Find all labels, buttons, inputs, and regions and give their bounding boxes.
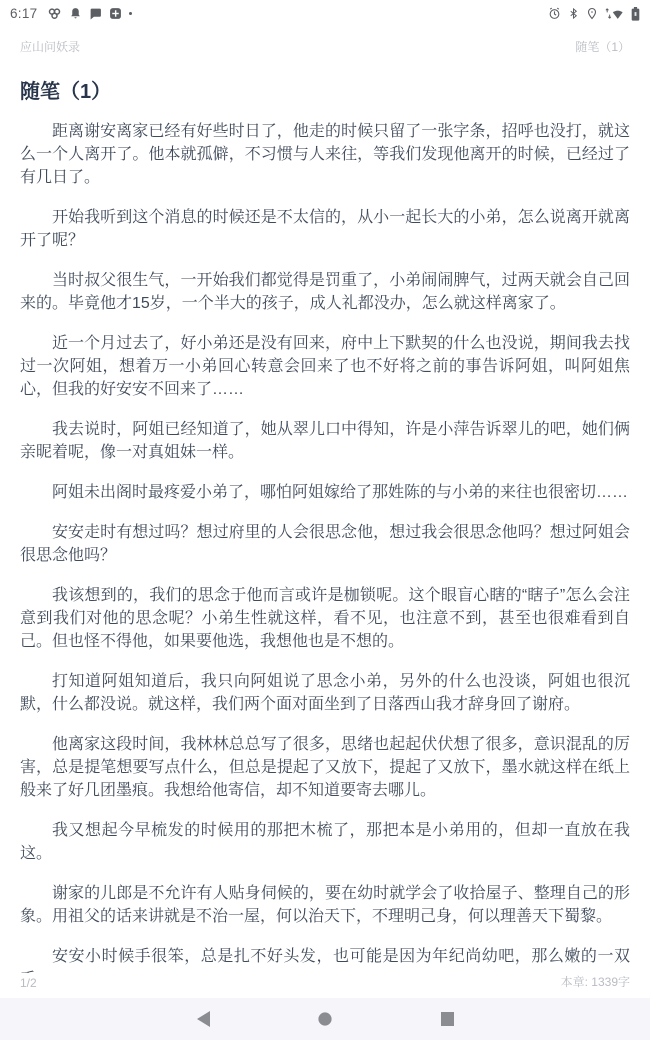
system-status-icons bbox=[548, 7, 640, 21]
overflow-dot-icon bbox=[129, 12, 132, 15]
paragraph: 阿姐未出阁时最疼爱小弟了，哪怕阿姐嫁给了那姓陈的与小弟的来往也很密切…… bbox=[20, 481, 630, 504]
circles-cluster-icon bbox=[47, 6, 62, 21]
paragraph: 谢家的儿郎是不允许有人贴身伺候的，要在幼时就学会了收拾屋子、整理自己的形象。用祖… bbox=[20, 882, 630, 928]
book-title: 应山问妖录 bbox=[20, 38, 80, 55]
home-button[interactable] bbox=[315, 1009, 335, 1029]
recents-square-icon bbox=[441, 1012, 454, 1026]
back-triangle-icon bbox=[196, 1011, 211, 1027]
paragraph: 安安走时有想过吗？想过府里的人会很思念他，想过我会很思念他吗？想过阿姐会很思念他… bbox=[20, 521, 630, 567]
paragraph-list: 距离谢安离家已经有好些时日了，他走的时候只留了一张字条，招呼也没打，就这么一个人… bbox=[20, 120, 630, 991]
battery-icon bbox=[631, 7, 640, 21]
clock-time: 6:17 bbox=[10, 6, 37, 21]
paragraph: 我该想到的，我们的思念于他而言或许是枷锁呢。这个眼盲心瞎的“瞎子”怎么会注意到我… bbox=[20, 584, 630, 653]
location-icon bbox=[586, 7, 598, 20]
paragraph: 打知道阿姐知道后，我只向阿姐说了思念小弟，另外的什么也没谈，阿姐也很沉默，什么都… bbox=[20, 670, 630, 716]
box-plus-icon bbox=[109, 7, 122, 20]
paragraph: 我又想起今早梳发的时候用的那把木梳了，那把本是小弟用的，但却一直放在我这。 bbox=[20, 819, 630, 865]
bluetooth-icon bbox=[568, 7, 579, 20]
recents-button[interactable] bbox=[437, 1009, 457, 1029]
android-nav-bar bbox=[0, 998, 650, 1040]
paragraph: 当时叔父很生气，一开始我们都觉得是罚重了，小弟闹闹脾气，过两天就会自己回来的。毕… bbox=[20, 269, 630, 315]
header-chapter-label: 随笔（1） bbox=[575, 38, 630, 55]
page-footer: 1/2 本章: 1339字 bbox=[0, 973, 650, 998]
paragraph: 开始我听到这个消息的时候还是不太信的，从小一起长大的小弟，怎么说离开就离开了呢？ bbox=[20, 206, 630, 252]
home-circle-icon bbox=[318, 1012, 332, 1026]
reader-header: 应山问妖录 随笔（1） bbox=[0, 24, 650, 55]
page-indicator: 1/2 bbox=[20, 976, 37, 990]
chapter-title: 随笔（1） bbox=[20, 75, 630, 104]
chat-bubble-icon bbox=[89, 7, 102, 20]
back-button[interactable] bbox=[193, 1009, 213, 1029]
paragraph: 近一个月过去了，好小弟还是没有回来，府中上下默契的什么也没说，期间我去找过一次阿… bbox=[20, 332, 630, 401]
bell-icon bbox=[69, 7, 82, 20]
paragraph: 我去说时，阿姐已经知道了，她从翠儿口中得知，许是小萍告诉翠儿的吧，她们俩亲昵着呢… bbox=[20, 418, 630, 464]
network-updown-wifi-icon bbox=[605, 7, 624, 20]
paragraph: 他离家这段时间，我林林总总写了很多，思绪也起起伏伏想了很多，意识混乱的厉害，总是… bbox=[20, 733, 630, 802]
alarm-icon bbox=[548, 7, 561, 20]
status-bar: 6:17 bbox=[0, 0, 650, 24]
notification-icons bbox=[47, 6, 132, 21]
paragraph: 距离谢安离家已经有好些时日了，他走的时候只留了一张字条，招呼也没打，就这么一个人… bbox=[20, 120, 630, 189]
chapter-word-count: 本章: 1339字 bbox=[561, 973, 630, 990]
reading-area[interactable]: 距离谢安离家已经有好些时日了，他走的时候只留了一张字条，招呼也没打，就这么一个人… bbox=[20, 120, 630, 991]
